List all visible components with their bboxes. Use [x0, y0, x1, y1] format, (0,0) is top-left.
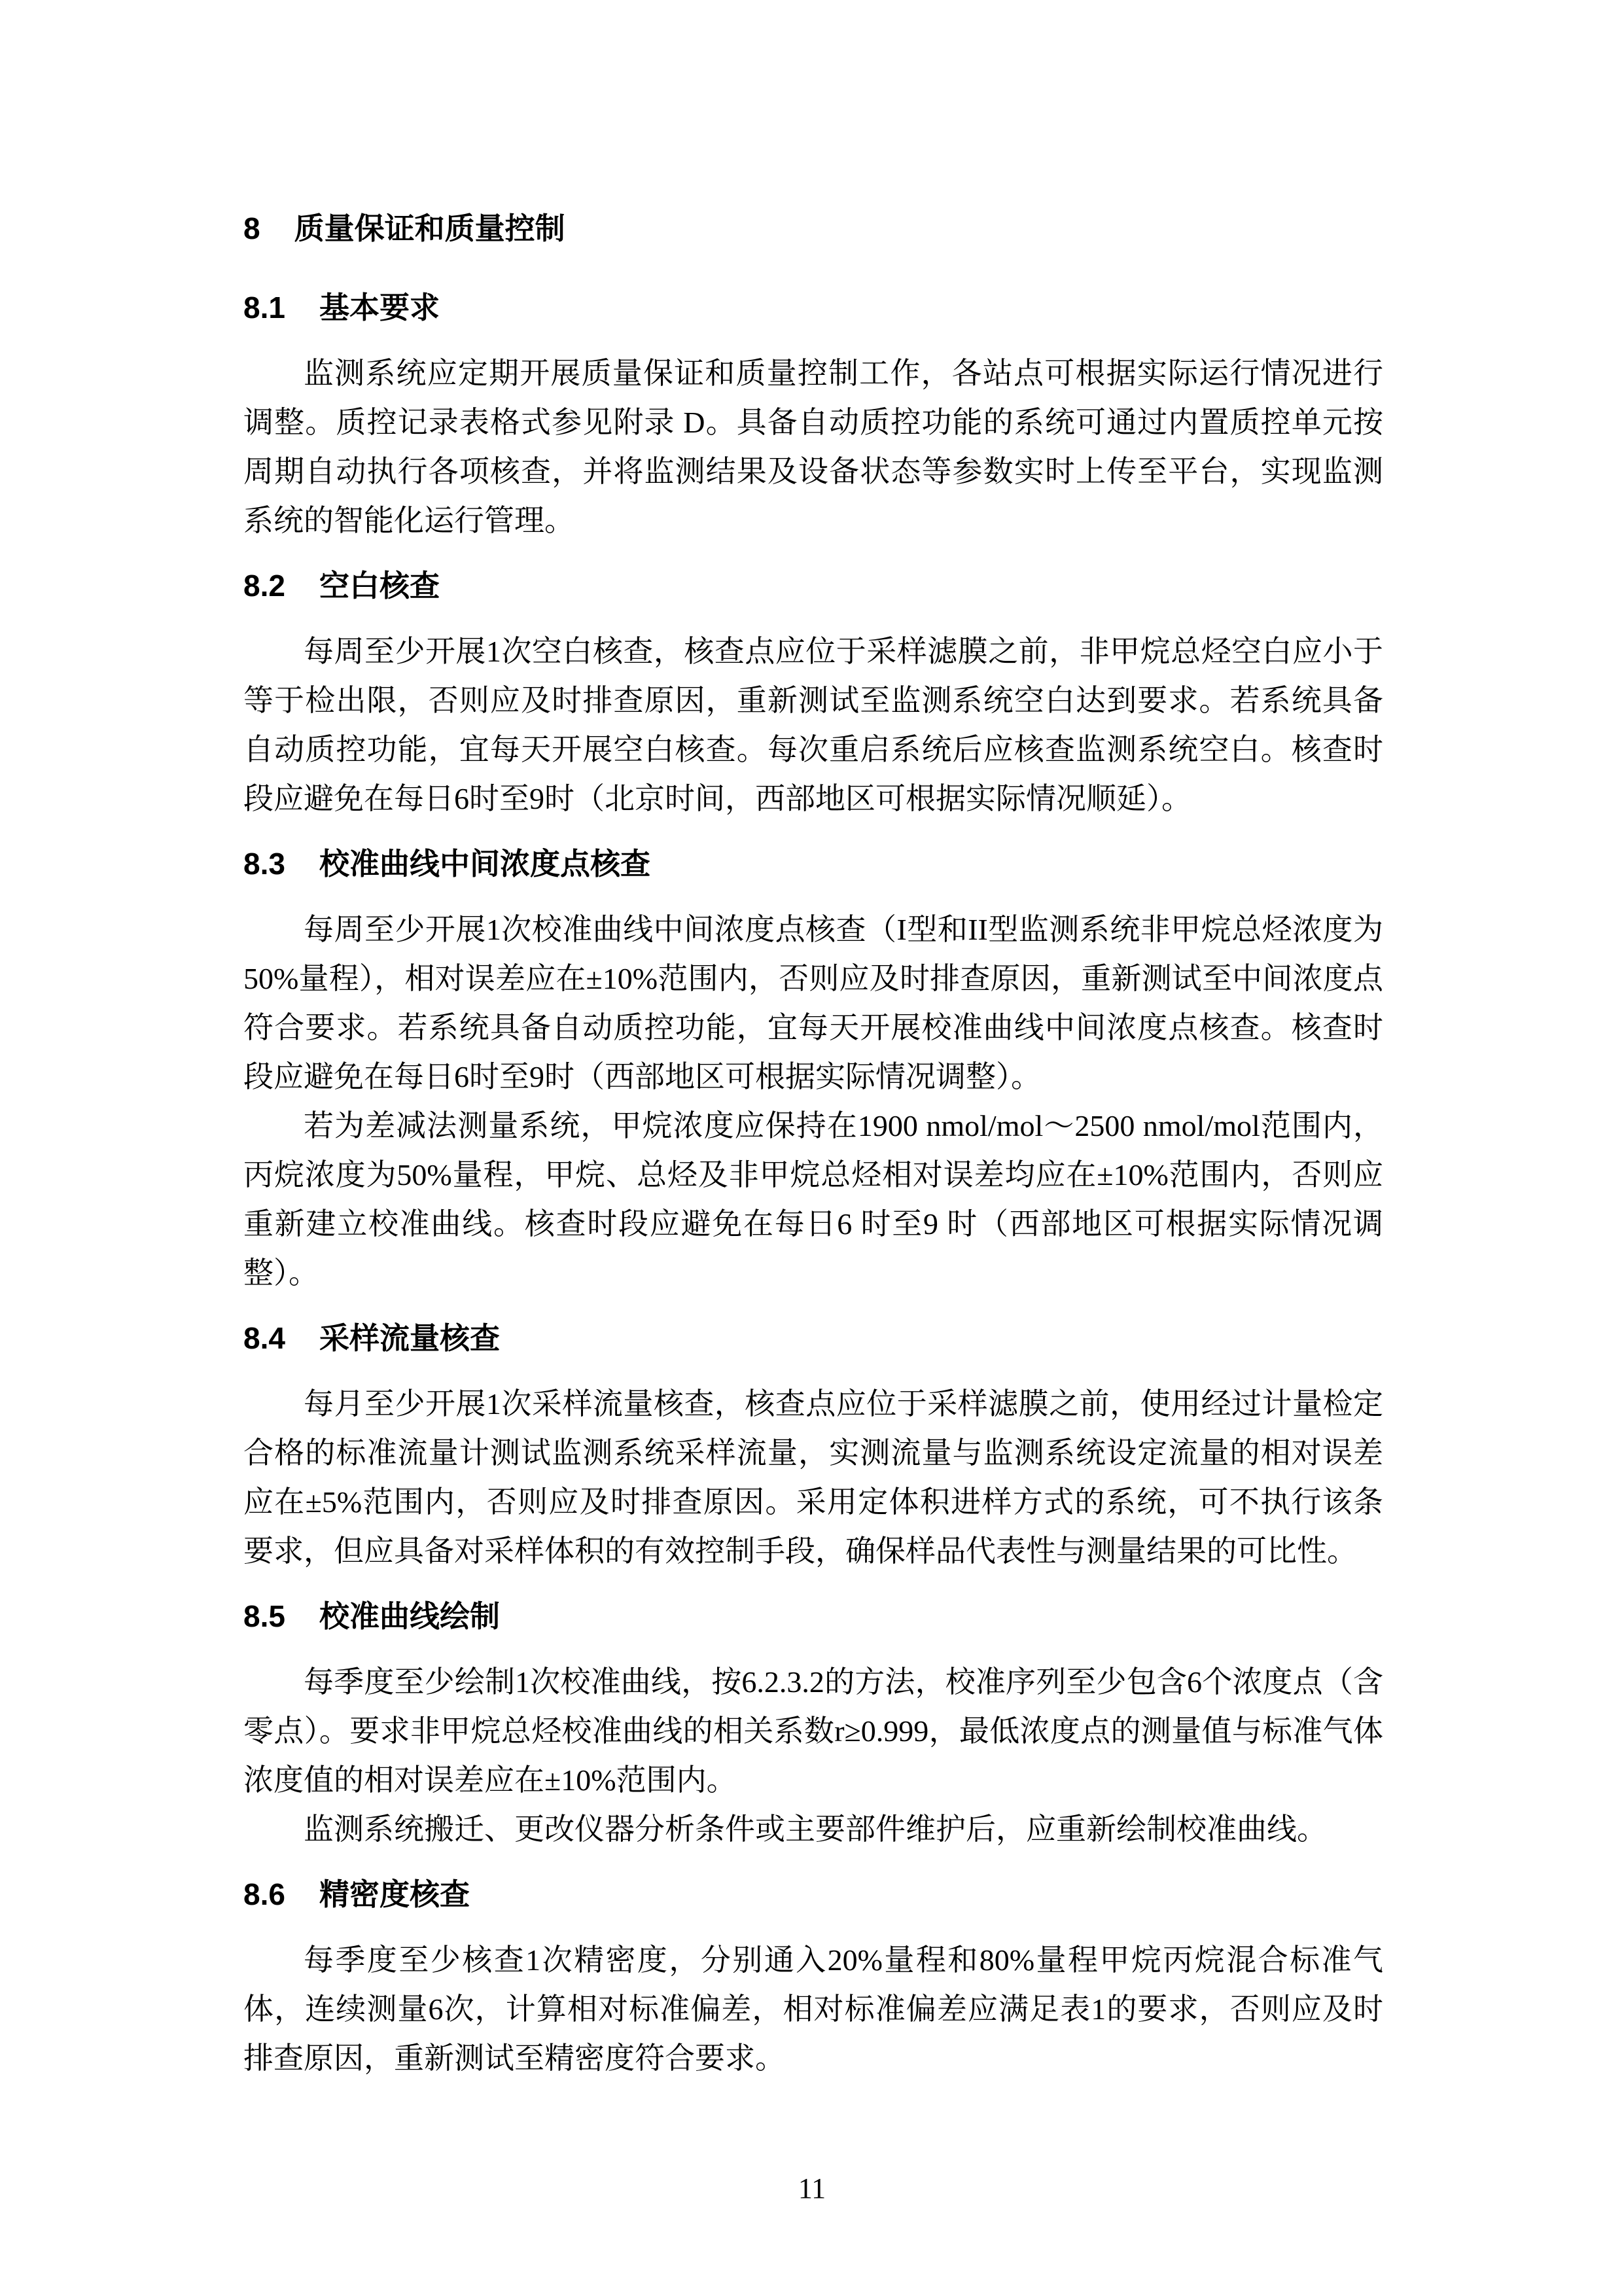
section-title: 校准曲线绘制 — [319, 1599, 500, 1633]
section-title: 基本要求 — [319, 291, 440, 325]
paragraph-8-2-1: 每周至少开展1次空白核查，核查点应位于采样滤膜之前，非甲烷总烃空白应小于等于检出… — [243, 627, 1383, 823]
section-number: 8.3 — [243, 839, 285, 889]
section-heading-8-1: 8.1基本要求 — [243, 283, 1383, 332]
section-title: 精密度核查 — [319, 1877, 470, 1911]
section-title: 校准曲线中间浓度点核查 — [319, 847, 650, 881]
section-heading-8-3: 8.3校准曲线中间浓度点核查 — [243, 839, 1383, 889]
paragraph-8-3-2: 若为差减法测量系统，甲烷浓度应保持在1900 nmol/mol～2500 nmo… — [243, 1101, 1383, 1298]
paragraph-8-4-1: 每月至少开展1次采样流量核查，核查点应位于采样滤膜之前，使用经过计量检定合格的标… — [243, 1379, 1383, 1576]
paragraph-8-5-2: 监测系统搬迁、更改仪器分析条件或主要部件维护后，应重新绘制校准曲线。 — [243, 1805, 1383, 1854]
paragraph-8-6-1: 每季度至少核查1次精密度，分别通入20%量程和80%量程甲烷丙烷混合标准气体，连… — [243, 1935, 1383, 2083]
section-title: 采样流量核查 — [319, 1321, 500, 1355]
section-number: 8.2 — [243, 561, 285, 610]
section-heading-8: 8质量保证和质量控制 — [243, 204, 1383, 253]
section-number: 8.1 — [243, 283, 285, 332]
section-heading-8-4: 8.4采样流量核查 — [243, 1314, 1383, 1363]
page-number: 11 — [0, 2164, 1624, 2213]
paragraph-8-5-1: 每季度至少绘制1次校准曲线，按6.2.3.2的方法，校准序列至少包含6个浓度点（… — [243, 1657, 1383, 1805]
section-number: 8.4 — [243, 1314, 285, 1363]
section-title: 空白核查 — [319, 569, 440, 603]
section-title: 质量保证和质量控制 — [294, 211, 565, 245]
section-number: 8.5 — [243, 1592, 285, 1641]
section-number: 8 — [243, 204, 260, 253]
section-number: 8.6 — [243, 1870, 285, 1919]
paragraph-8-1-1: 监测系统应定期开展质量保证和质量控制工作，各站点可根据实际运行情况进行调整。质控… — [243, 349, 1383, 545]
section-heading-8-6: 8.6精密度核查 — [243, 1870, 1383, 1919]
section-heading-8-5: 8.5校准曲线绘制 — [243, 1592, 1383, 1641]
paragraph-8-3-1: 每周至少开展1次校准曲线中间浓度点核查（I型和II型监测系统非甲烷总烃浓度为50… — [243, 905, 1383, 1101]
page-content: 8质量保证和质量控制 8.1基本要求 监测系统应定期开展质量保证和质量控制工作，… — [243, 204, 1383, 2083]
section-heading-8-2: 8.2空白核查 — [243, 561, 1383, 610]
document-page: 8质量保证和质量控制 8.1基本要求 监测系统应定期开展质量保证和质量控制工作，… — [0, 0, 1624, 2296]
